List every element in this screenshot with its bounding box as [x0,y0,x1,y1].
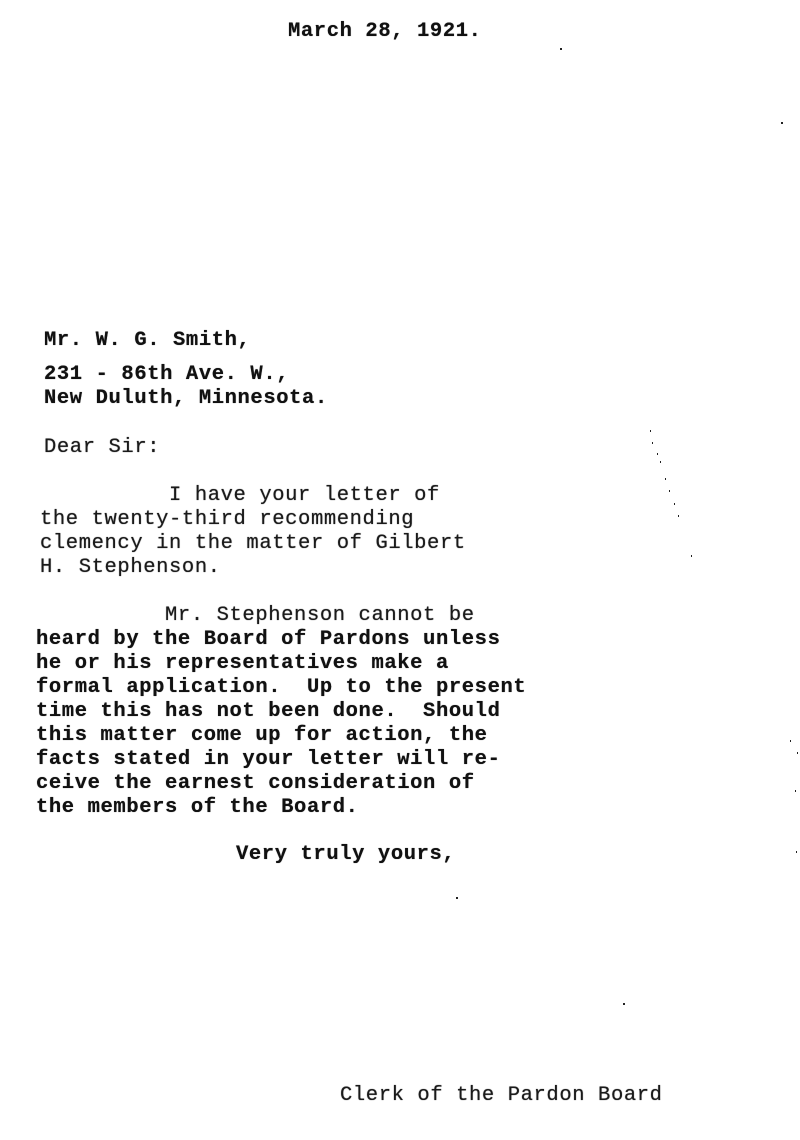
scan-speck [650,430,651,432]
recipient-name: Mr. W. G. Smith, [44,329,250,353]
scan-speck [665,478,666,480]
paragraph-1-line: H. Stephenson. [40,556,221,580]
paragraph-2-line: he or his representatives make a [36,652,449,676]
scan-speck [669,490,670,492]
scan-speck [456,897,458,899]
salutation: Dear Sir: [44,436,160,460]
paragraph-2-line: time this has not been done. Should [36,700,500,724]
paragraph-2-line: the members of the Board. [36,796,359,820]
scan-speck [781,122,783,124]
paragraph-2-line: facts stated in your letter will re- [36,748,500,772]
paragraph-2-line: formal application. Up to the present [36,676,526,700]
paragraph-2-line: this matter come up for action, the [36,724,488,748]
closing: Very truly yours, [236,843,455,867]
paragraph-1-line: the twenty-third recommending [40,508,414,532]
paragraph-2-line: Mr. Stephenson cannot be [36,604,475,628]
scan-speck [652,442,653,444]
scan-speck [797,752,798,754]
scan-speck [660,461,661,463]
letter-page: March 28, 1921. Mr. W. G. Smith, 231 - 8… [0,0,800,1140]
scan-speck [623,1003,625,1005]
scan-speck [674,503,675,505]
letter-date: March 28, 1921. [288,20,482,44]
recipient-address-line-1: 231 - 86th Ave. W., [44,363,289,387]
scan-speck [691,555,692,557]
scan-speck [796,851,797,853]
recipient-address-line-2: New Duluth, Minnesota. [44,387,328,411]
paragraph-2-line: heard by the Board of Pardons unless [36,628,500,652]
scan-speck [790,740,791,742]
paragraph-1-line: clemency in the matter of Gilbert [40,532,466,556]
scan-speck [678,515,679,517]
scan-speck [560,48,562,50]
paragraph-1-line: I have your letter of [40,484,440,508]
scan-speck [795,790,796,792]
signature-title: Clerk of the Pardon Board [340,1084,663,1108]
paragraph-2-line: ceive the earnest consideration of [36,772,475,796]
scan-speck [657,453,658,455]
